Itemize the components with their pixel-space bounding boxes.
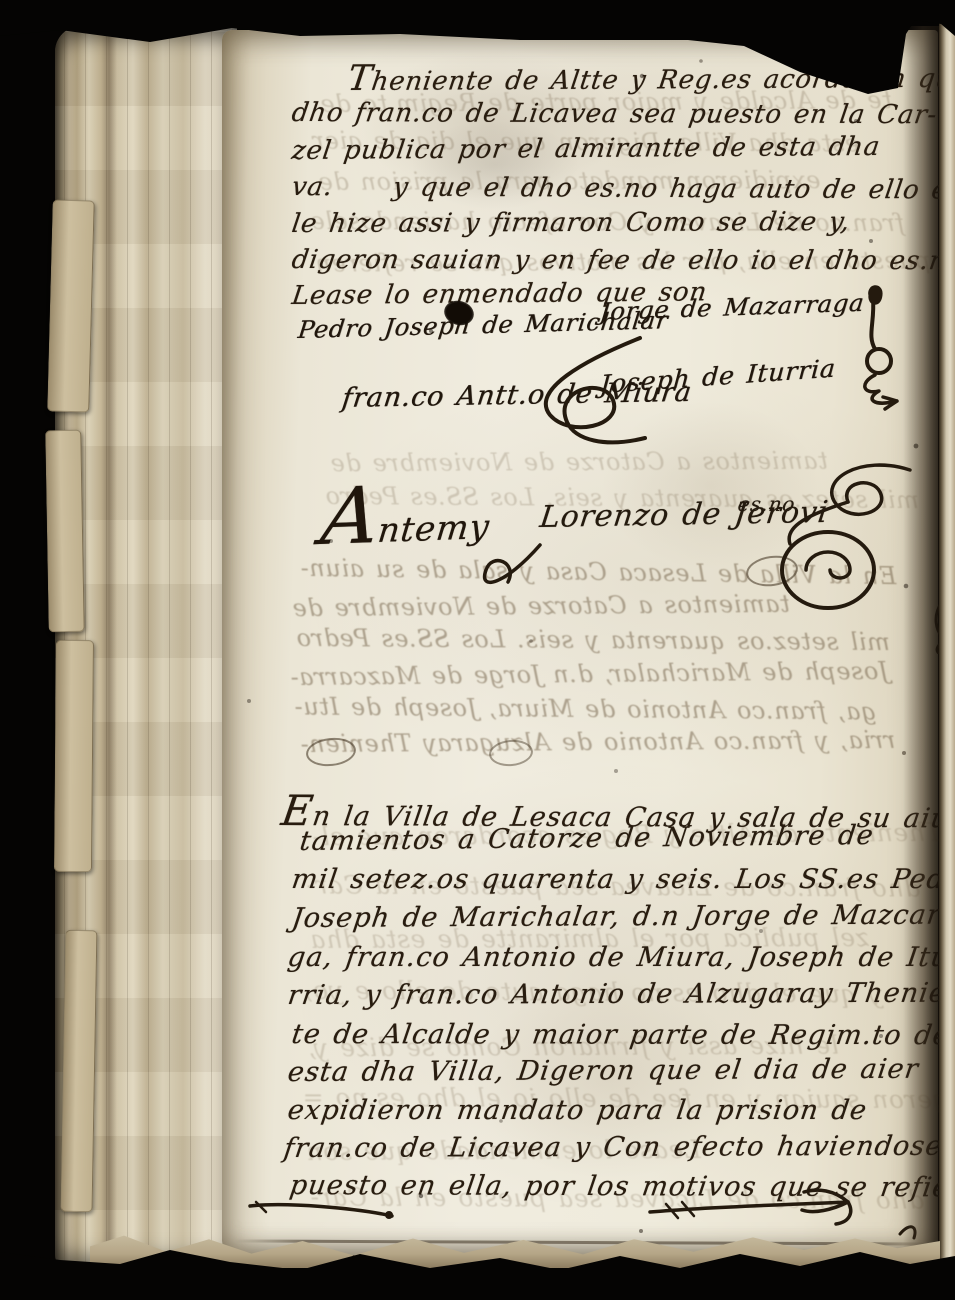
manuscript-line: rria, y fran.co Antonio de Alzugaray The… xyxy=(286,978,955,1011)
manuscript-line: le hize assi y firmaron Como se dize y, xyxy=(290,207,852,239)
manuscript-line: digeron sauian y en fee de ello io el dh… xyxy=(290,245,955,276)
torn-leaf-tab xyxy=(61,930,98,1213)
torn-leaf-tab xyxy=(45,430,85,633)
manuscript-line: va. y que el dho es.no haga auto de ello… xyxy=(290,172,955,206)
rubric-flourish-icon xyxy=(505,330,655,455)
torn-leaf-tab xyxy=(54,640,94,872)
manuscript-line: Joseph de Marichalar, d.n Jorge de Mazca… xyxy=(290,899,955,934)
descender-loop-flourish-icon xyxy=(470,540,550,595)
manuscript-line: fran.co de Licavea y Con efecto haviendo… xyxy=(282,1131,955,1164)
manuscript-line: dho fran.co de Licavea sea puesto en la … xyxy=(290,98,939,130)
manuscript-line: tamientos a Catorze de Noviembre de xyxy=(298,820,876,857)
manuscript-line: te de Alcalde y maior parte de Regim.to … xyxy=(290,1019,952,1051)
bleedthrough-line: ga, fran.co Antonio de Miura, Joseph de … xyxy=(294,692,877,725)
arrow-flourish-icon xyxy=(640,1186,870,1226)
manuscript-line: mil setez.os quarenta y seis. Los SS.es … xyxy=(290,864,955,895)
torn-leaf-tab xyxy=(47,199,95,412)
manuscript-line: ga, fran.co Antonio de Miura, Joseph de … xyxy=(286,942,955,973)
bleedthrough-line: rria, y fran.co Antonio de Alzugaray The… xyxy=(300,726,895,758)
manuscript-line: esta dha Villa, Digeron que el dia de ai… xyxy=(286,1054,921,1088)
notary-spiral-flourish-icon xyxy=(740,452,915,642)
manuscript-line: expidieron mandato para la prision de xyxy=(286,1095,869,1126)
gutter-shadow xyxy=(903,26,939,1260)
manuscript-scan: te de Alcalde y maior parte de Regim.to … xyxy=(0,0,955,1300)
manuscript-line: zel publica por el almirantte de esta dh… xyxy=(290,132,882,166)
next-page-sliver xyxy=(939,22,955,1270)
end-rule-flourish-icon xyxy=(246,1198,396,1224)
